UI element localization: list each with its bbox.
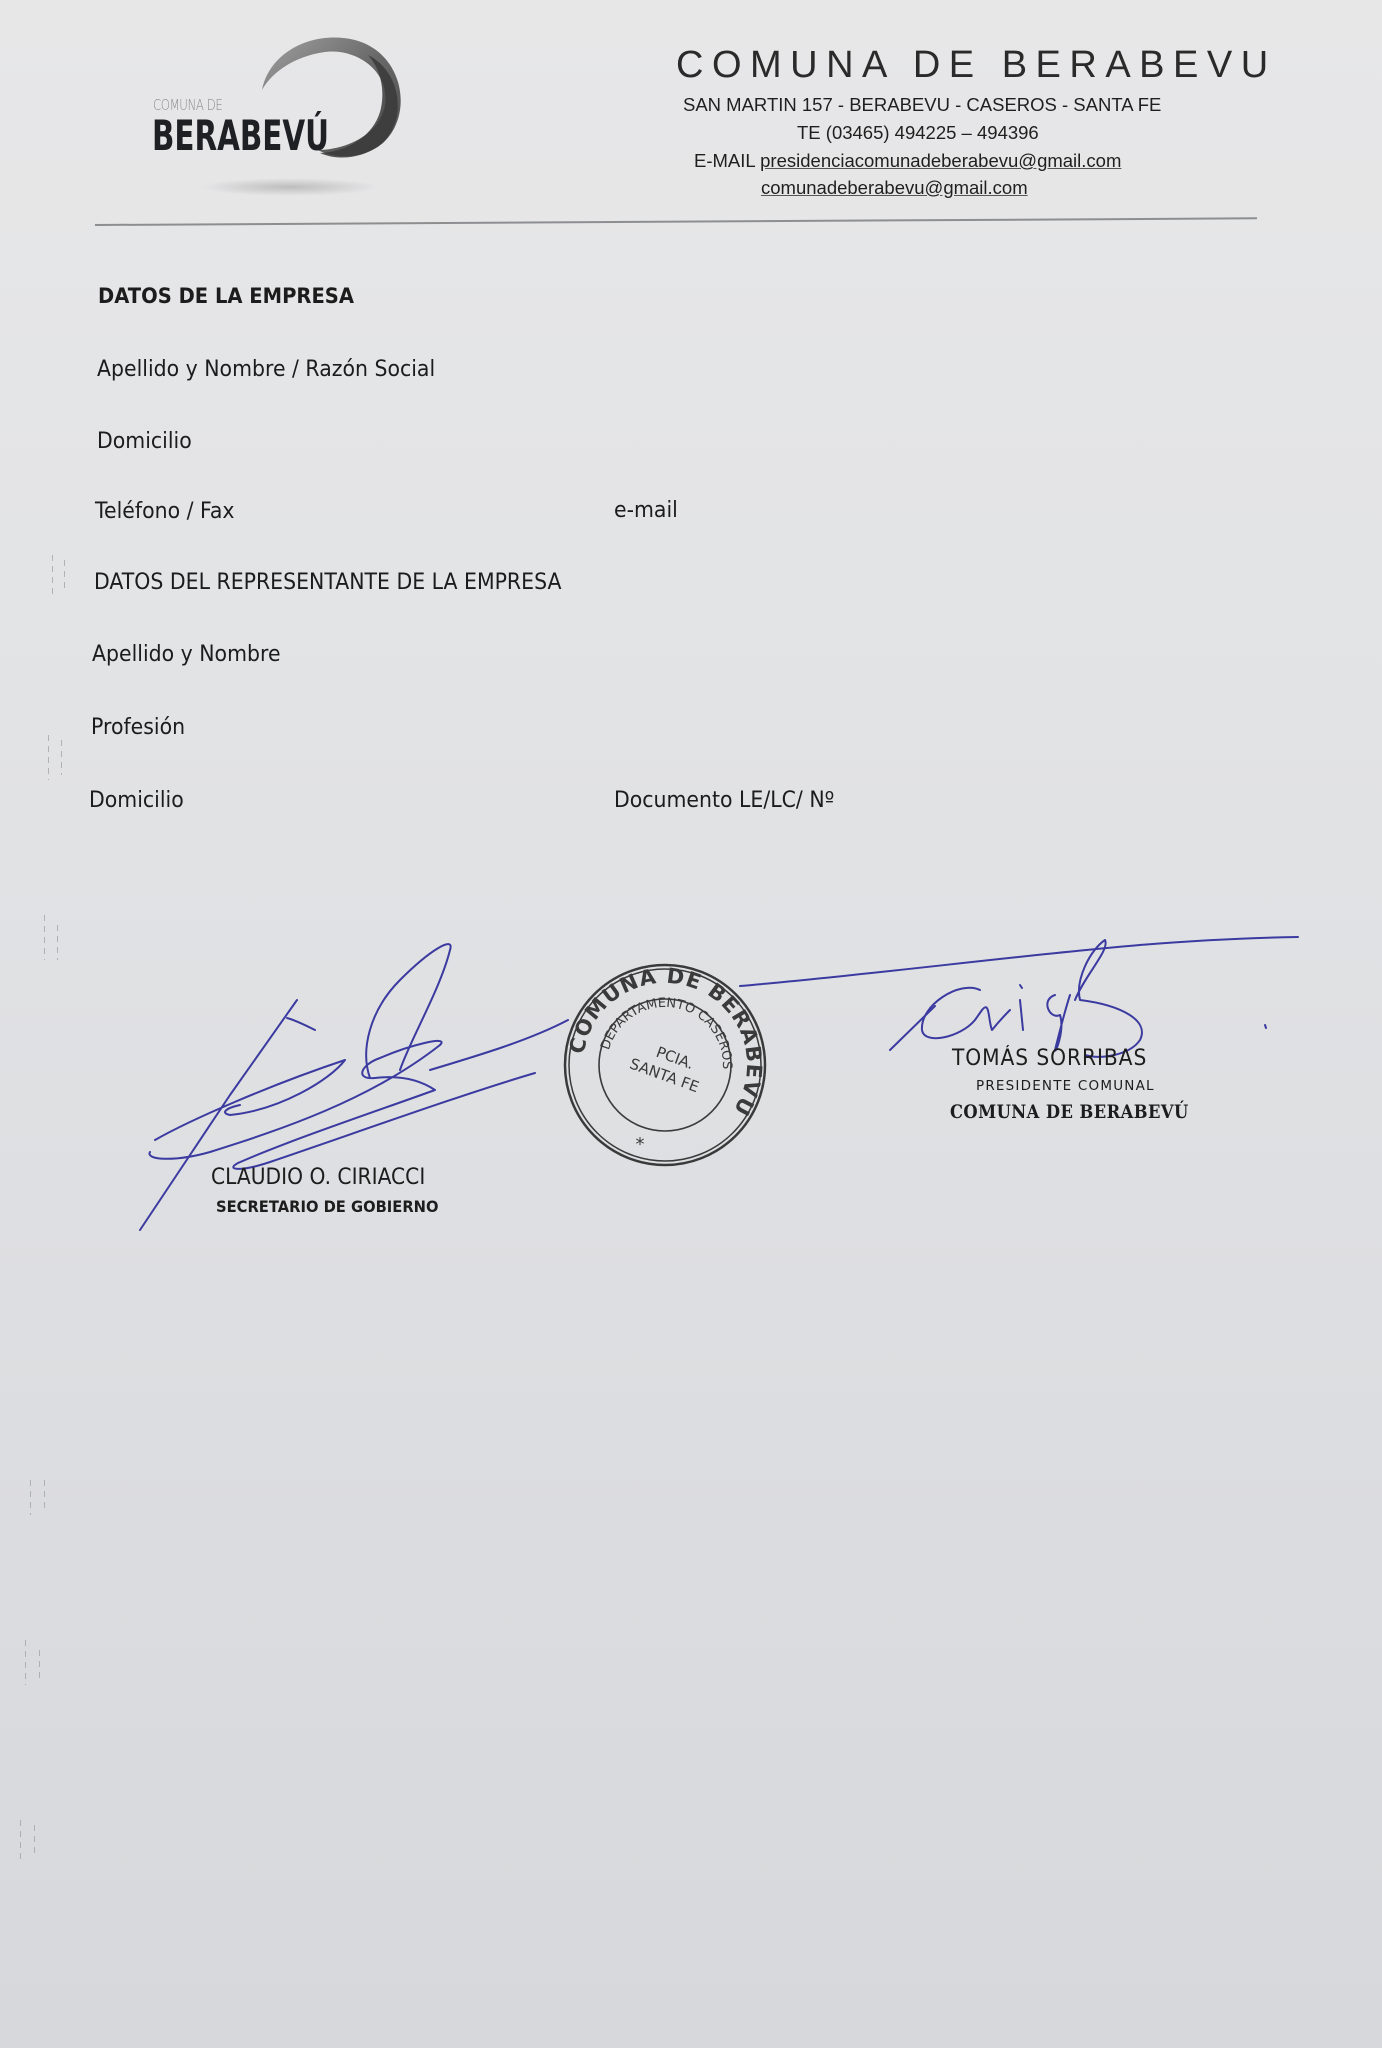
signature-left-scribble [130, 920, 590, 1240]
representative-profession-label: Profesión [91, 715, 185, 740]
margin-mark [52, 555, 53, 595]
margin-mark [34, 1825, 35, 1855]
logo-title: BERABEVÚ [152, 111, 329, 160]
signatory-left-name: CLAUDIO O. CIRIACCI [211, 1165, 425, 1190]
company-phone-label: Teléfono / Fax [95, 499, 235, 524]
signatory-right-role: PRESIDENTE COMUNAL [976, 1078, 1155, 1094]
company-name-label: Apellido y Nombre / Razón Social [97, 357, 435, 382]
margin-mark [44, 915, 45, 960]
representative-document-label: Documento LE/LC/ Nº [614, 788, 834, 813]
margin-mark [20, 1820, 21, 1860]
logo-shadow [200, 178, 380, 196]
organization-title: COMUNA DE BERABEVU [676, 44, 1277, 87]
margin-mark [48, 735, 49, 780]
margin-mark [64, 560, 65, 590]
margin-mark [39, 1650, 40, 1680]
representative-address-label: Domicilio [89, 788, 184, 813]
comuna-logo: COMUNA DE BERABEVÚ [140, 10, 420, 200]
margin-mark [57, 925, 58, 960]
margin-mark [61, 740, 62, 775]
header-divider [95, 217, 1257, 226]
header-email-row: E-MAIL presidenciacomunadeberabevu@gmail… [694, 150, 1121, 172]
stamp-star: * [636, 1134, 645, 1155]
company-section-heading: DATOS DE LA EMPRESA [98, 284, 354, 308]
header-address: SAN MARTIN 157 - BERABEVU - CASEROS - SA… [683, 94, 1161, 116]
margin-mark [30, 1480, 31, 1515]
email-link-primary[interactable]: presidenciacomunadeberabevu@gmail.com [760, 150, 1121, 171]
representative-section-heading: DATOS DEL REPRESENTANTE DE LA EMPRESA [94, 570, 561, 595]
signatory-right-organization: COMUNA DE BERABEVÚ [950, 1101, 1189, 1123]
representative-name-label: Apellido y Nombre [92, 642, 281, 667]
signatory-left-role: SECRETARIO DE GOBIERNO [216, 1197, 439, 1216]
signatory-right-name: TOMÁS SORRIBAS [952, 1046, 1147, 1071]
header-phone: TE (03465) 494225 – 494396 [797, 122, 1039, 144]
email-label: E-MAIL [694, 150, 755, 171]
margin-mark [25, 1640, 26, 1685]
email-link-secondary[interactable]: comunadeberabevu@gmail.com [761, 177, 1028, 199]
margin-mark [44, 1480, 45, 1510]
company-email-label: e-mail [614, 498, 678, 523]
company-address-label: Domicilio [97, 429, 192, 454]
